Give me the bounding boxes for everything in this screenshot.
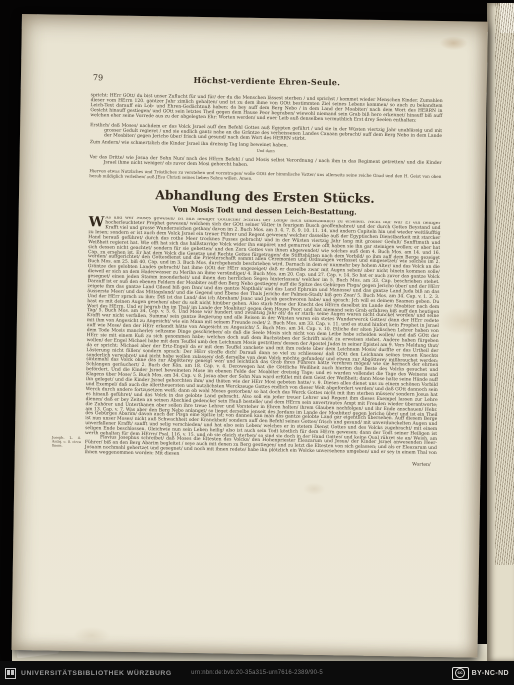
main-text-block: WAs und wer Moses gewesen/ ist auß heili… <box>85 216 441 440</box>
cc-circle-glyph: cc <box>455 668 465 678</box>
intro-paragraph: spricht: HErr GOtt/ du bist unser Zufluc… <box>90 93 442 124</box>
creative-commons-icon: cc <box>452 667 469 680</box>
main-text: As und wer Moses gewesen/ ist auß heilig… <box>85 216 441 440</box>
facing-page-text-showthrough <box>495 3 514 565</box>
margin-citation-note: Joseph. L. 4. Antiq. c. 8. circa finem. <box>52 437 81 449</box>
document-urn: urn:nbn:de:bvb:20-35a315-urn7616-2389/90… <box>0 661 514 685</box>
license-label: BY-NC-ND <box>472 670 509 677</box>
running-title: Höchst-verdiente Ehren-Seule. <box>91 73 443 89</box>
blessing-paragraph: Hiervon etwas Nutzliches und Tröstliches… <box>89 169 441 184</box>
scanned-book-page: 79 Höchst-verdiente Ehren-Seule. spricht… <box>11 14 487 658</box>
facing-page-fore-edge <box>487 3 514 661</box>
drop-cap-initial: W <box>88 216 105 229</box>
page-header: 79 Höchst-verdiente Ehren-Seule. <box>91 73 443 90</box>
viewer-canvas: 79 Höchst-verdiente Ehren-Seule. spricht… <box>0 0 514 685</box>
viewer-footer-bar: UNIVERSITÄTSBIBLIOTHEK WÜRZBURG urn:nbn:… <box>0 661 514 685</box>
page-number: 79 <box>93 73 103 82</box>
footer-license-group: cc BY-NC-ND <box>452 661 509 685</box>
page-content: 79 Höchst-verdiente Ehren-Seule. spricht… <box>85 73 443 468</box>
